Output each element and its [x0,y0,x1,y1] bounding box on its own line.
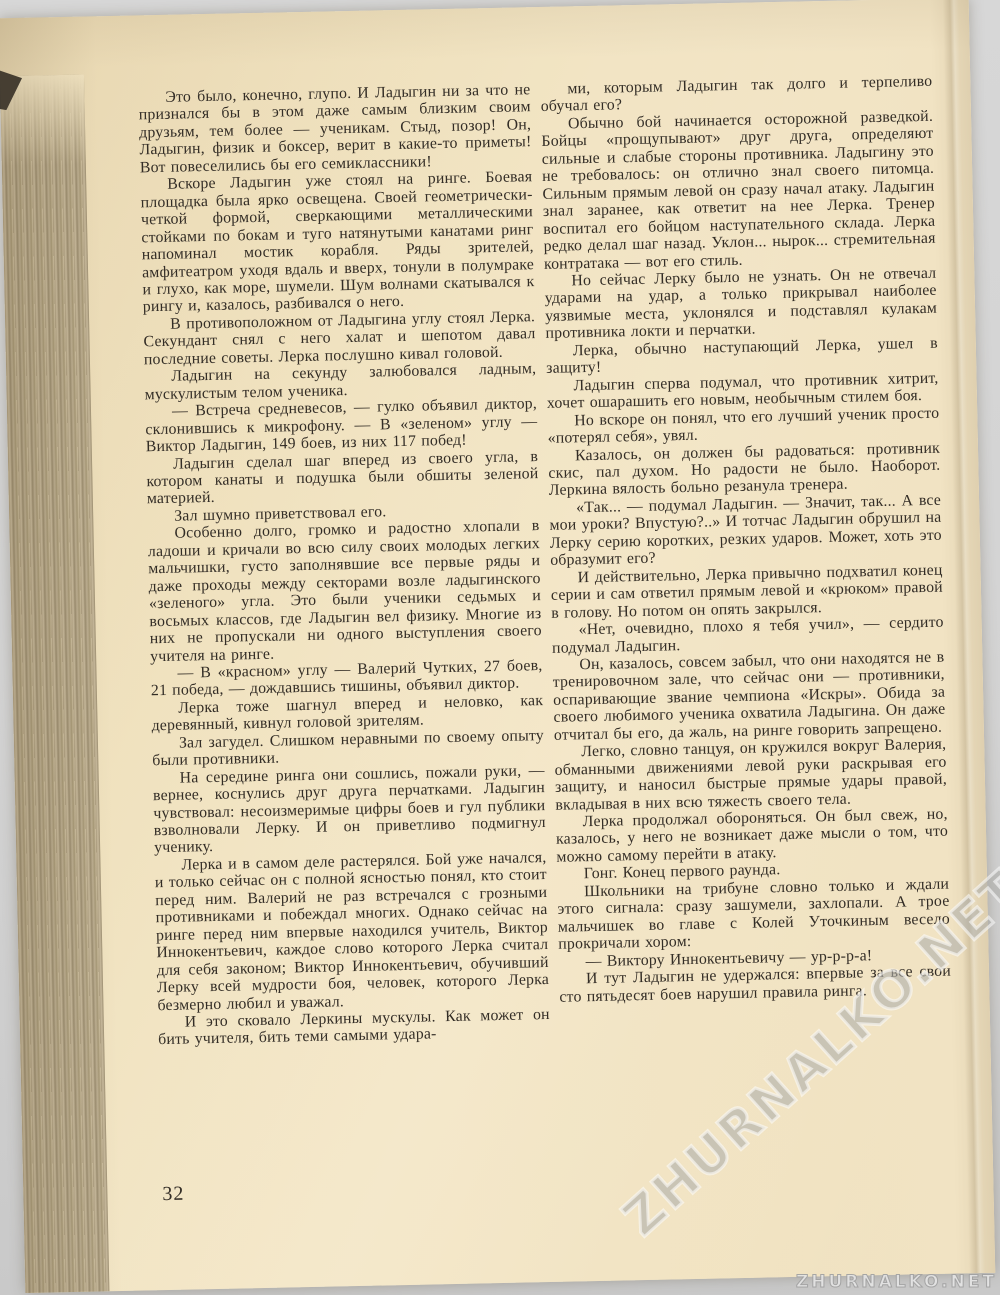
paragraph: Вскоре Ладыгин уже стоял на ринге. Боева… [140,168,535,316]
paragraph: — Встреча средневесов, — гулко объявил д… [145,395,538,456]
paragraph: Обычно бой начинается осторожной разведк… [541,108,936,273]
text-column-right: ми, которым Ладыгин так долго и терпелив… [540,73,951,1006]
paragraph: В противоположном от Ладыгина углу стоял… [143,308,536,369]
paragraph: Это было, конечно, глупо. И Ладыгин ни з… [138,81,532,176]
paragraph: Он, казалось, совсем забыл, что они нахо… [552,649,946,744]
text-column-left: Это было, конечно, глупо. И Ладыгин ни з… [138,81,550,1049]
paragraph: Лерка продолжал обороняться. Он был свеж… [556,806,949,867]
scanned-page: Это было, конечно, глупо. И Ладыгин ни з… [0,0,995,1293]
paragraph: Казалось, он должен бы радоваться: проти… [548,439,941,500]
paragraph: Но сейчас Лерку было не узнать. Он не от… [544,265,937,343]
page-number: 32 [162,1183,184,1206]
paragraph: И действительно, Лерка привычно подхвати… [550,561,943,622]
paragraph: «Так... — подумал Ладыгин. — Значит, так… [549,492,942,570]
paragraph: Лерка и в самом деле растерялся. Бой уже… [154,849,549,1014]
paragraph: Особенно долго, громко и радостно хлопал… [147,517,542,665]
paragraph: Школьники на трибуне словно только и жда… [557,875,950,953]
paragraph: Легко, словно танцуя, он кружился вокруг… [554,736,947,814]
paragraph: На середине ринга они сошлись, пожали ру… [153,762,547,857]
paragraph: Ладыгин сделал шаг вперед из своего угла… [146,448,539,509]
